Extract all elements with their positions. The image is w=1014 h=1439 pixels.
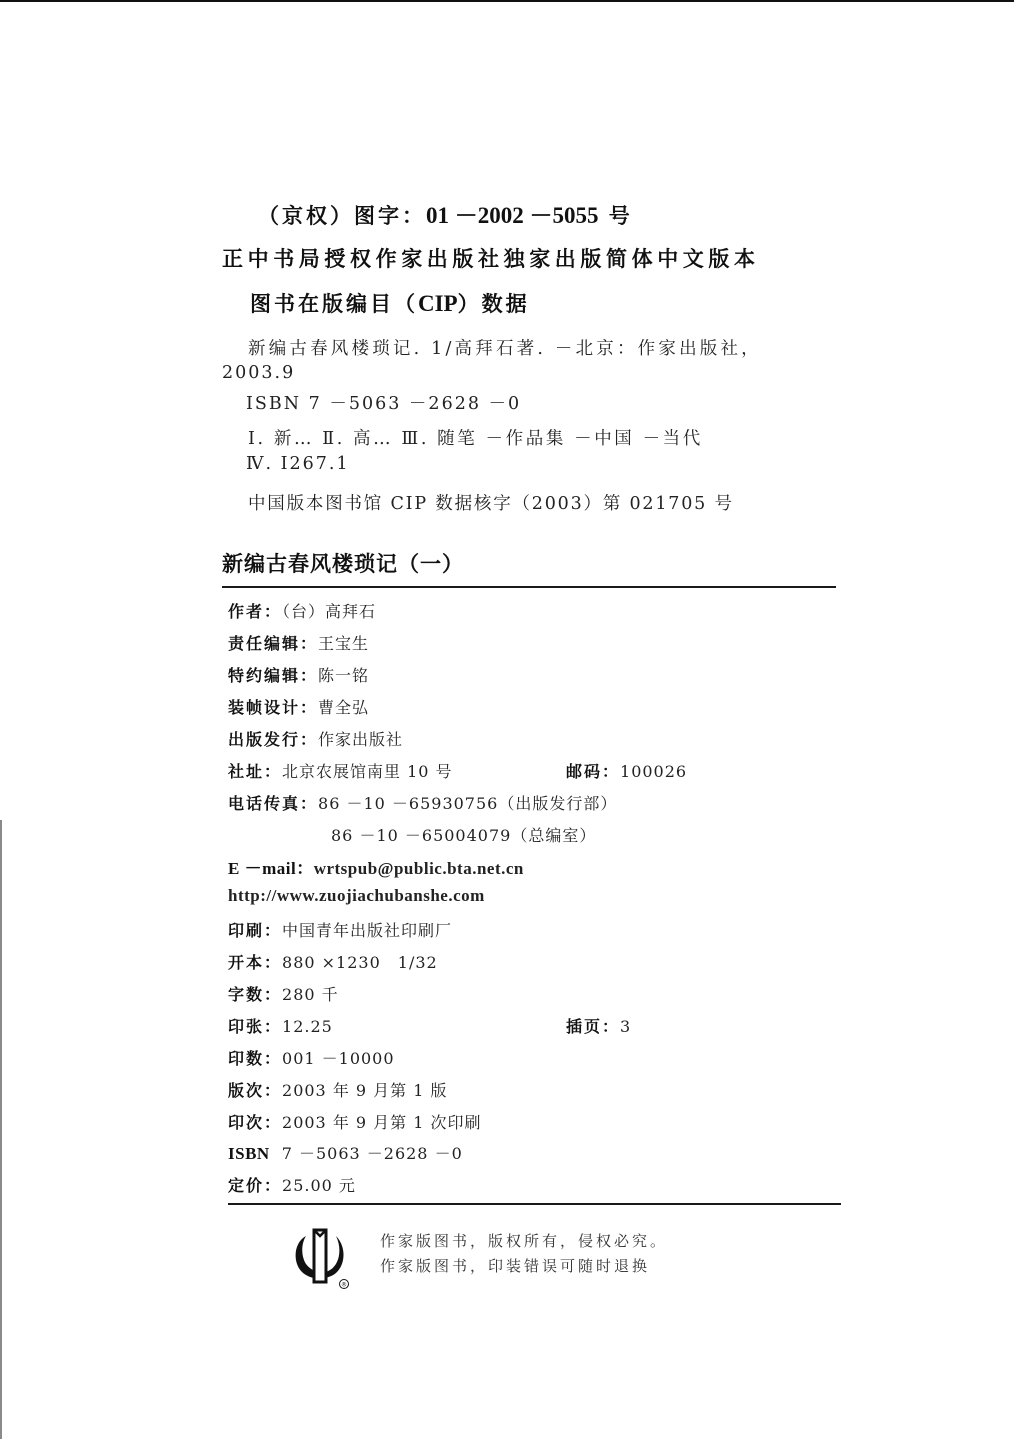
colophon-edition: 版次：2003 年 9 月第 1 版 xyxy=(228,1078,448,1101)
print-run-label: 印数： xyxy=(228,1049,282,1068)
editor-label: 责任编辑： xyxy=(228,634,318,653)
copyright-reg-number: 01 －2002 －5055 xyxy=(426,203,599,228)
colophon-address: 社址：北京农展馆南里 10 号 xyxy=(228,759,453,782)
copyright-reg-suffix: 号 xyxy=(599,204,633,228)
postcode-label: 邮码： xyxy=(566,762,620,781)
colophon-website: http://www.zuojiachubanshe.com xyxy=(228,886,485,906)
footer-divider xyxy=(228,1203,841,1205)
cip-classification: Ⅳ. I267.1 xyxy=(246,454,350,474)
word-count-label: 字数： xyxy=(228,985,282,1004)
title-divider xyxy=(222,586,836,588)
colophon-price: 定价：25.00 元 xyxy=(228,1173,356,1196)
price-value: 25.00 元 xyxy=(282,1176,356,1195)
license-statement: 正中书局授权作家出版社独家出版简体中文版本 xyxy=(222,243,760,273)
editor-value: 王宝生 xyxy=(318,634,369,653)
price-label: 定价： xyxy=(228,1176,282,1195)
address-value: 北京农展馆南里 10 号 xyxy=(282,762,453,781)
colophon-format: 开本：880 ×1230 1/32 xyxy=(228,950,438,973)
copyright-registration: （京权）图字：01 －2002 －5055 号 xyxy=(258,197,633,230)
cip-line-2: 2003.9 xyxy=(222,363,295,383)
writers-publishing-house-logo-icon: ® xyxy=(292,1228,352,1290)
replacement-notice: 作家版图书，印装错误可随时退换 xyxy=(380,1255,650,1276)
phone-fax-value-1: 86 －10 －65930756（出版发行部） xyxy=(318,794,617,813)
email-value: wrtspub@public.bta.net.cn xyxy=(314,859,524,878)
colophon-inserts: 插页：3 xyxy=(566,1014,631,1037)
colophon-sheets: 印张：12.25 xyxy=(228,1014,333,1037)
colophon-print-run: 印数：001 －10000 xyxy=(228,1046,395,1069)
colophon-impression: 印次：2003 年 9 月第 1 次印刷 xyxy=(228,1110,482,1133)
author-value: （台）高拜石 xyxy=(282,602,376,621)
special-editor-value: 陈一铭 xyxy=(318,666,369,685)
colophon-phone-fax-2: 86 －10 －65004079（总编室） xyxy=(331,823,596,846)
scan-top-edge xyxy=(0,0,1014,2)
cip-approval-number: 中国版本图书馆 CIP 数据核字（2003）第 021705 号 xyxy=(248,490,734,515)
sheets-value: 12.25 xyxy=(282,1017,333,1036)
cip-heading-post: ）数据 xyxy=(458,292,530,316)
publisher-label: 出版发行： xyxy=(228,730,318,749)
isbn-value: 7 －5063 －2628 －0 xyxy=(282,1144,463,1163)
edition-value: 2003 年 9 月第 1 版 xyxy=(282,1081,448,1100)
colophon-postcode: 邮码：100026 xyxy=(566,759,687,782)
colophon-printer: 印刷：中国青年出版社印刷厂 xyxy=(228,918,452,941)
printer-value: 中国青年出版社印刷厂 xyxy=(282,921,452,940)
postcode-value: 100026 xyxy=(620,762,687,781)
email-label: E －mail： xyxy=(228,859,314,878)
inserts-value: 3 xyxy=(620,1017,631,1036)
address-label: 社址： xyxy=(228,762,282,781)
cip-subjects: Ⅰ. 新… Ⅱ. 高… Ⅲ. 随笔 －作品集 －中国 －当代 xyxy=(248,425,703,450)
phone-fax-value-2: 86 －10 －65004079（总编室） xyxy=(331,826,596,845)
designer-value: 曹全弘 xyxy=(318,698,369,717)
colophon-designer: 装帧设计：曹全弘 xyxy=(228,695,369,718)
format-value: 880 ×1230 1/32 xyxy=(282,953,438,972)
colophon-isbn: ISBN7 －5063 －2628 －0 xyxy=(228,1141,463,1164)
colophon-editor: 责任编辑：王宝生 xyxy=(228,631,369,654)
cip-heading-code: CIP xyxy=(418,291,458,316)
impression-label: 印次： xyxy=(228,1113,282,1132)
colophon-publisher: 出版发行：作家出版社 xyxy=(228,727,403,750)
printer-label: 印刷： xyxy=(228,921,282,940)
colophon-author: 作者：（台）高拜石 xyxy=(228,599,376,622)
word-count-value: 280 千 xyxy=(282,985,339,1004)
special-editor-label: 特约编辑： xyxy=(228,666,318,685)
cip-line-1: 新编古春风楼琐记. 1/高拜石著. －北京：作家出版社， xyxy=(248,335,762,360)
website-value: http://www.zuojiachubanshe.com xyxy=(228,886,485,905)
author-label: 作者： xyxy=(228,602,282,621)
registered-mark: ® xyxy=(341,1282,347,1289)
scan-left-edge xyxy=(0,820,2,1439)
publisher-value: 作家出版社 xyxy=(318,730,403,749)
colophon-special-editor: 特约编辑：陈一铭 xyxy=(228,663,369,686)
edition-label: 版次： xyxy=(228,1081,282,1100)
cip-isbn: ISBN 7 －5063 －2628 －0 xyxy=(246,390,521,415)
colophon-email: E －mail：wrtspub@public.bta.net.cn xyxy=(228,854,524,879)
designer-label: 装帧设计： xyxy=(228,698,318,717)
book-title: 新编古春风楼琐记（一） xyxy=(222,548,464,578)
colophon-phone-fax: 电话传真：86 －10 －65930756（出版发行部） xyxy=(228,791,617,814)
isbn-label: ISBN xyxy=(228,1144,270,1163)
sheets-label: 印张： xyxy=(228,1017,282,1036)
print-run-value: 001 －10000 xyxy=(282,1049,395,1068)
inserts-label: 插页： xyxy=(566,1017,620,1036)
cip-heading-pre: 图书在版编目（ xyxy=(250,292,418,316)
cip-heading: 图书在版编目（CIP）数据 xyxy=(250,288,530,318)
copyright-reg-prefix: （京权）图字： xyxy=(258,204,426,228)
impression-value: 2003 年 9 月第 1 次印刷 xyxy=(282,1113,482,1132)
colophon-word-count: 字数：280 千 xyxy=(228,982,339,1005)
phone-fax-label: 电话传真： xyxy=(228,794,318,813)
copyright-notice: 作家版图书，版权所有，侵权必究。 xyxy=(380,1230,668,1251)
format-label: 开本： xyxy=(228,953,282,972)
